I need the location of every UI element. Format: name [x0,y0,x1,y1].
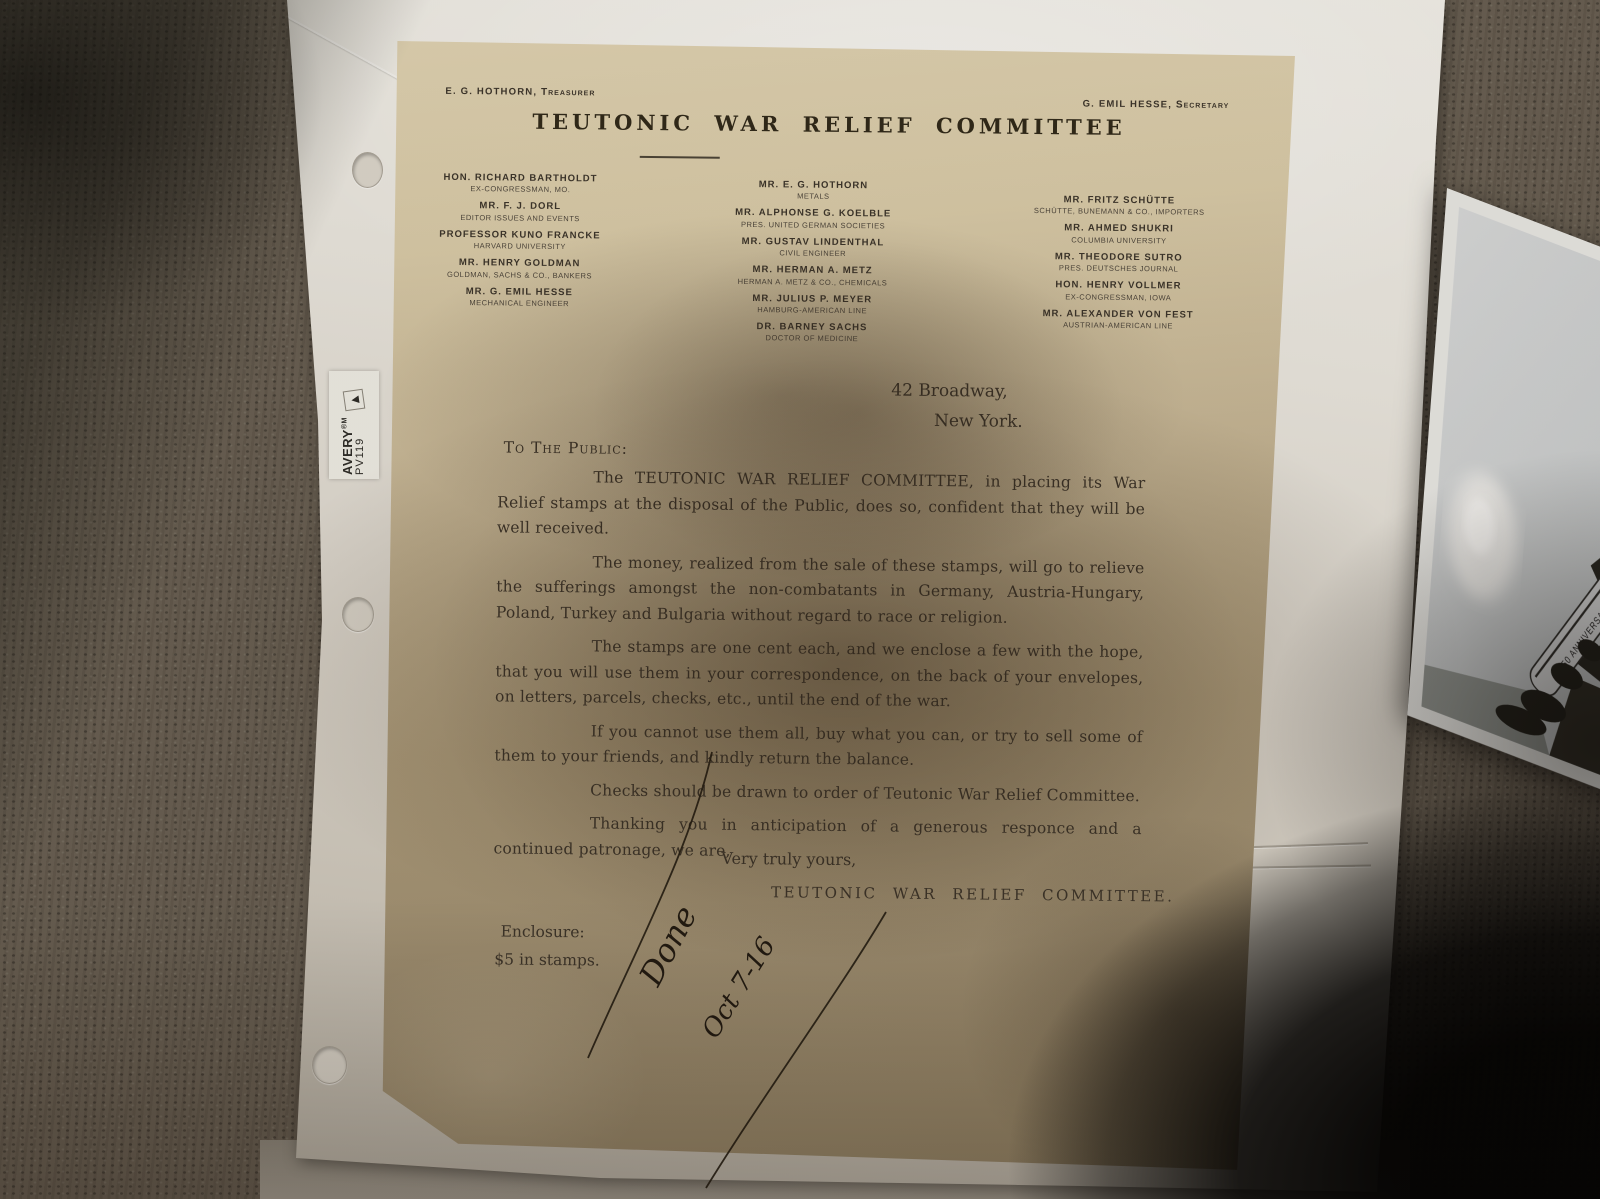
avery-brand: AVERY®M [341,417,355,475]
committee-member: MR. AHMED SHUKRI COLUMBIA UNIVERSITY [999,222,1239,246]
officer-secretary: G. EMIL HESSE, Secretary [1083,99,1230,112]
salutation: To The Public: [504,438,628,457]
officer-treasurer: E. G. HOTHORN, Treasurer [445,86,595,99]
committee-member: MR. JULIUS P. MEYER HAMBURG-AMERICAN LIN… [692,292,932,316]
committee-member: PROFESSOR KUNO FRANCKE HARVARD UNIVERSIT… [400,228,640,252]
committee-member: MR. F. J. DORL EDITOR ISSUES AND EVENTS [400,200,640,224]
committee-member: HON. RICHARD BARTHOLDT EX-CONGRESSMAN, M… [400,171,640,195]
member-role: METALS [693,191,933,203]
handwriting-done: Done [631,899,705,992]
letterhead-title: TEUTONIC WAR RELIEF COMMITTEE [391,107,1267,141]
member-role: HAMBURG-AMERICAN LINE [692,304,932,316]
officer-name: E. G. HOTHORN, [445,86,537,98]
avery-sleeve-label: AVERY®M PV119 ▲ [329,371,379,479]
letterhead-divider-rule [640,156,720,158]
pen-stroke [588,752,712,1058]
avery-trademark: ®M [342,417,349,429]
binder-hole [312,1046,347,1084]
pen-stroke [706,912,886,1188]
committee-member: MR. HENRY GOLDMAN GOLDMAN, SACHS & CO., … [399,257,639,281]
committee-member: MR. THEODORE SUTRO PRES. DEUTSCHES JOURN… [999,250,1239,274]
committee-column-2: MR. E. G. HOTHORN METALS MR. ALPHONSE G.… [692,178,934,344]
member-role: EDITOR ISSUES AND EVENTS [400,212,640,224]
officer-role: Secretary [1176,99,1230,111]
officer-role: Treasurer [541,87,596,99]
committee-member: HON. HENRY VOLLMER EX-CONGRESSMAN, IOWA [998,279,1238,303]
member-role: EX-CONGRESSMAN, IOWA [998,291,1238,303]
member-role: COLUMBIA UNIVERSITY [999,234,1239,246]
member-role: SCHÜTTE, BUNEMANN & CO., IMPORTERS [999,206,1239,218]
member-role: DOCTOR OF MEDICINE [692,333,932,345]
committee-member: MR. G. EMIL HESSE MECHANICAL ENGINEER [399,285,639,309]
member-role: PRES. UNITED GERMAN SOCIETIES [693,219,933,231]
binder-hole [342,597,374,632]
avery-model-number: PV119 [355,417,367,475]
committee-column-3: MR. FRITZ SCHÜTTE SCHÜTTE, BUNEMANN & CO… [998,194,1239,331]
committee-member: DR. BARNEY SACHS DOCTOR OF MEDICINE [692,320,932,344]
binder-hole [352,152,383,188]
committee-member: MR. E. G. HOTHORN METALS [693,178,933,202]
letter-paragraph: The stamps are one cent each, and we enc… [495,633,1144,716]
member-role: EX-CONGRESSMAN, MO. [400,184,640,196]
committee-member: MR. ALPHONSE G. KOELBLE PRES. UNITED GER… [693,207,933,231]
address-line-1: 42 Broadway, [891,381,1008,402]
handwriting-date: Oct 7-16 [696,932,781,1044]
committee-member: MR. GUSTAV LINDENTHAL CIVIL ENGINEER [693,235,933,259]
letter-paragraph: The TEUTONIC WAR RELIEF COMMITTEE, in pl… [497,464,1146,547]
address-line-2: New York. [934,411,1023,432]
member-role: MECHANICAL ENGINEER [399,297,639,309]
letter-paragraph: The money, realized from the sale of the… [496,549,1145,632]
member-role: CIVIL ENGINEER [693,248,933,260]
committee-member: MR. HERMAN A. METZ HERMAN A. METZ & CO.,… [692,264,932,288]
handwritten-annotation: Done Oct 7-16 [540,730,960,1199]
member-role: HARVARD UNIVERSITY [400,241,640,253]
committee-column-1: HON. RICHARD BARTHOLDT EX-CONGRESSMAN, M… [399,171,640,308]
member-role: GOLDMAN, SACHS & CO., BANKERS [399,269,639,281]
committee-member: MR. FRITZ SCHÜTTE SCHÜTTE, BUNEMANN & CO… [999,194,1239,218]
avery-triangle-logo-icon: ▲ [343,389,366,412]
avery-label-text: AVERY®M PV119 [341,417,366,475]
committee-member: MR. ALEXANDER VON FEST AUSTRIAN-AMERICAN… [998,307,1238,331]
officer-name: G. EMIL HESSE, [1083,99,1173,111]
member-role: AUSTRIAN-AMERICAN LINE [998,320,1238,332]
member-role: PRES. DEUTSCHES JOURNAL [999,263,1239,275]
member-role: HERMAN A. METZ & CO., CHEMICALS [692,276,932,288]
photograph-of-letter-scene: AVERY®M PV119 ▲ E. G. HOTHORN, Treasurer… [0,0,1600,1199]
